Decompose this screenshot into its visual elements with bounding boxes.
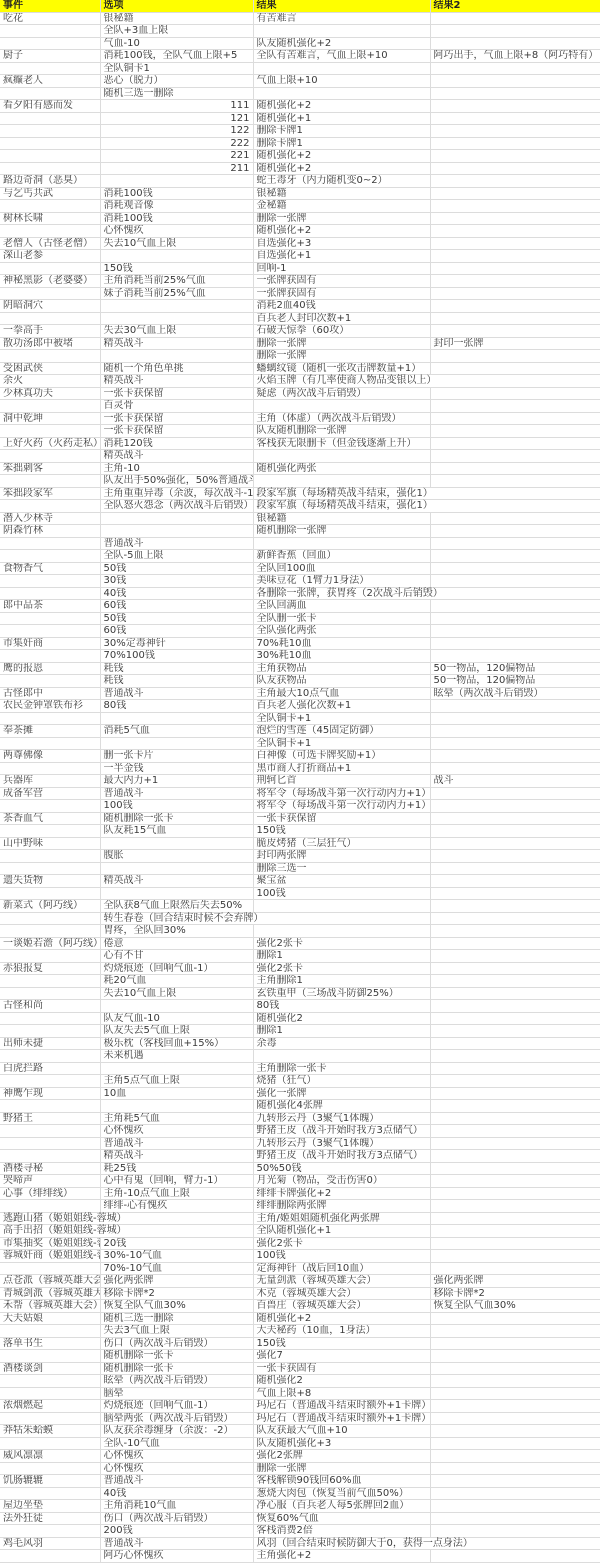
- cell-event[interactable]: [0, 737, 100, 750]
- cell-option[interactable]: 恶心（脱力）: [100, 75, 253, 88]
- cell-result2[interactable]: [430, 200, 600, 213]
- cell-event[interactable]: [0, 950, 100, 963]
- cell-event[interactable]: 鸡毛风羽: [0, 1537, 100, 1550]
- cell-event[interactable]: 酒楼寻秘: [0, 1162, 100, 1175]
- cell-event[interactable]: [0, 1100, 100, 1113]
- cell-result[interactable]: 主角/姬姐姐随机强化两张牌: [253, 1212, 430, 1225]
- cell-result[interactable]: [253, 400, 430, 413]
- cell-result[interactable]: 主角删除1: [253, 975, 430, 988]
- cell-result[interactable]: 将军令（每场战斗第一次行动内力+1）: [253, 800, 430, 813]
- cell-event[interactable]: [0, 825, 100, 838]
- cell-event[interactable]: [0, 1200, 100, 1213]
- cell-result2[interactable]: [430, 1150, 600, 1163]
- cell-result[interactable]: 银秘籍: [253, 512, 430, 525]
- cell-result[interactable]: 全队有苦难言，气血上限+10: [253, 50, 430, 63]
- cell-result[interactable]: [253, 900, 430, 913]
- cell-result2[interactable]: [430, 137, 600, 150]
- cell-event[interactable]: 落单书生: [0, 1337, 100, 1350]
- cell-result[interactable]: [253, 25, 430, 38]
- cell-result[interactable]: 删除一张牌: [253, 350, 430, 363]
- cell-option[interactable]: 脑晕两张（两次战斗后销毁）: [100, 1412, 253, 1425]
- cell-result[interactable]: 队友获物品: [253, 675, 430, 688]
- cell-result2[interactable]: [430, 487, 600, 500]
- cell-result2[interactable]: [430, 1312, 600, 1325]
- cell-event[interactable]: [0, 1325, 100, 1338]
- cell-result2[interactable]: 眩晕（两次战斗后销毁）: [430, 687, 600, 700]
- cell-result[interactable]: 全队随机强化+1: [253, 1225, 430, 1238]
- cell-event[interactable]: [0, 162, 100, 175]
- cell-result2[interactable]: [430, 837, 600, 850]
- cell-option[interactable]: 气血-10: [100, 37, 253, 50]
- cell-event[interactable]: 新菜式（阿巧线）: [0, 900, 100, 913]
- cell-result[interactable]: 队友随机删除一张牌: [253, 425, 430, 438]
- cell-event[interactable]: 上好火药（火药走私）: [0, 437, 100, 450]
- cell-result[interactable]: 有苦难言: [253, 12, 430, 25]
- cell-result[interactable]: 烧猪（狂气）: [253, 1075, 430, 1088]
- cell-result2[interactable]: [430, 587, 600, 600]
- cell-result[interactable]: 荆轲匕首: [253, 775, 430, 788]
- cell-option[interactable]: 全队怒火怨念（两次战斗后销毁）: [100, 500, 253, 513]
- cell-result[interactable]: 删除1: [253, 950, 430, 963]
- cell-option[interactable]: 胃疼，全队回30%: [100, 925, 253, 938]
- cell-option[interactable]: 200钱: [100, 1525, 253, 1538]
- cell-option[interactable]: 失去10气血上限: [100, 987, 253, 1000]
- cell-result2[interactable]: [430, 112, 600, 125]
- cell-event[interactable]: 心事（绯绯线）: [0, 1187, 100, 1200]
- cell-option[interactable]: 倦意: [100, 937, 253, 950]
- cell-result2[interactable]: [430, 762, 600, 775]
- cell-option[interactable]: [100, 525, 253, 538]
- cell-event[interactable]: [0, 225, 100, 238]
- cell-result2[interactable]: [430, 1012, 600, 1025]
- cell-option[interactable]: 全队铜卡1: [100, 62, 253, 75]
- cell-option[interactable]: 主角-10点气血上限: [100, 1187, 253, 1200]
- cell-result[interactable]: 葱烧大肉包（恢复当前气血50%）: [253, 1487, 430, 1500]
- cell-result2[interactable]: [430, 250, 600, 263]
- cell-option[interactable]: 转生春卷（回合结束时候不会弃牌）: [100, 912, 253, 925]
- cell-event[interactable]: [0, 1050, 100, 1063]
- cell-result2[interactable]: [430, 262, 600, 275]
- cell-result[interactable]: [253, 87, 430, 100]
- cell-result2[interactable]: [430, 862, 600, 875]
- cell-result2[interactable]: 强化两张牌: [430, 1275, 600, 1288]
- cell-result2[interactable]: [430, 1050, 600, 1063]
- cell-event[interactable]: [0, 587, 100, 600]
- cell-result2[interactable]: 阿巧出手，气血上限+8（阿巧特有）: [430, 50, 600, 63]
- cell-event[interactable]: [0, 1075, 100, 1088]
- cell-option[interactable]: 未来机遇: [100, 1050, 253, 1063]
- cell-event[interactable]: [0, 862, 100, 875]
- cell-result[interactable]: 消耗2血40钱: [253, 300, 430, 313]
- cell-option[interactable]: 随机三选一删除: [100, 87, 253, 100]
- cell-event[interactable]: 阴暗洞穴: [0, 300, 100, 313]
- cell-option[interactable]: 队友获余毒缠身（余波：-2）: [100, 1425, 253, 1438]
- cell-result[interactable]: 150钱: [253, 825, 430, 838]
- cell-result[interactable]: 净心服（百兵老人每5张牌回2血）: [253, 1500, 430, 1513]
- cell-result2[interactable]: [430, 300, 600, 313]
- cell-option[interactable]: 150钱: [100, 262, 253, 275]
- cell-result[interactable]: 白神像（可选卡牌奖励+1）: [253, 750, 430, 763]
- cell-result2[interactable]: [430, 1512, 600, 1525]
- cell-result2[interactable]: [430, 150, 600, 163]
- cell-event[interactable]: [0, 1387, 100, 1400]
- cell-result[interactable]: 金秘籍: [253, 200, 430, 213]
- cell-result2[interactable]: 封印一张牌: [430, 337, 600, 350]
- cell-result2[interactable]: [430, 1262, 600, 1275]
- cell-result[interactable]: 野猪王皮（战斗开始时我方3点储气）: [253, 1150, 430, 1163]
- cell-event[interactable]: 赤狼报复: [0, 962, 100, 975]
- cell-result[interactable]: 强化7: [253, 1350, 430, 1363]
- cell-event[interactable]: 神秘黑影（老婆婆）: [0, 275, 100, 288]
- cell-option[interactable]: 心怀愧疚: [100, 1125, 253, 1138]
- cell-event[interactable]: [0, 537, 100, 550]
- cell-option[interactable]: 删一张卡片: [100, 750, 253, 763]
- cell-event[interactable]: 潜入少林寺: [0, 512, 100, 525]
- cell-result[interactable]: 段家军旗（每场精英战斗结束，强化1）: [253, 500, 430, 513]
- cell-event[interactable]: [0, 550, 100, 563]
- cell-result2[interactable]: [430, 975, 600, 988]
- cell-result[interactable]: 随机强化2: [253, 1012, 430, 1025]
- cell-option[interactable]: 妹子消耗当前25%气血: [100, 287, 253, 300]
- cell-option[interactable]: 211: [100, 162, 253, 175]
- cell-event[interactable]: 笨拙刺客: [0, 462, 100, 475]
- cell-event[interactable]: [0, 137, 100, 150]
- cell-event[interactable]: [0, 1487, 100, 1500]
- cell-option[interactable]: 心有不甘: [100, 950, 253, 963]
- cell-option[interactable]: 121: [100, 112, 253, 125]
- cell-result2[interactable]: [430, 362, 600, 375]
- cell-event[interactable]: 市集奸商: [0, 637, 100, 650]
- cell-result[interactable]: 强化2张卡: [253, 962, 430, 975]
- cell-option[interactable]: 移除卡牌*2: [100, 1287, 253, 1300]
- cell-result2[interactable]: [430, 512, 600, 525]
- cell-option[interactable]: [100, 1000, 253, 1013]
- cell-event[interactable]: 山中野味: [0, 837, 100, 850]
- cell-result2[interactable]: [430, 175, 600, 188]
- cell-option[interactable]: 眩晕（两次战斗后销毁）: [100, 1375, 253, 1388]
- cell-option[interactable]: 50钱: [100, 562, 253, 575]
- cell-option[interactable]: 全队+3血上限: [100, 25, 253, 38]
- cell-option[interactable]: 全队-10气血: [100, 1437, 253, 1450]
- cell-result2[interactable]: [430, 12, 600, 25]
- cell-option[interactable]: 消耗100钱: [100, 187, 253, 200]
- cell-event[interactable]: [0, 150, 100, 163]
- cell-result2[interactable]: [430, 1250, 600, 1263]
- cell-option[interactable]: 耗25钱: [100, 1162, 253, 1175]
- cell-option[interactable]: 普通战斗: [100, 687, 253, 700]
- cell-result[interactable]: 随机强化2: [253, 1375, 430, 1388]
- cell-result2[interactable]: [430, 287, 600, 300]
- cell-option[interactable]: 精英战斗: [100, 1150, 253, 1163]
- cell-result2[interactable]: [430, 950, 600, 963]
- cell-option[interactable]: 灼烧痕迹（回响气血-1）: [100, 1400, 253, 1413]
- cell-result[interactable]: 疑虑（两次战斗后销毁）: [253, 387, 430, 400]
- cell-event[interactable]: [0, 25, 100, 38]
- cell-option[interactable]: 主角-10: [100, 462, 253, 475]
- cell-result[interactable]: 无量剑派（蓉城英雄大会）: [253, 1275, 430, 1288]
- cell-result2[interactable]: [430, 375, 600, 388]
- cell-event[interactable]: [0, 1550, 100, 1563]
- cell-result[interactable]: 段家军旗（每场精英战斗结束，强化1）: [253, 487, 430, 500]
- cell-result[interactable]: 全队回100血: [253, 562, 430, 575]
- cell-event[interactable]: 点苍派（蓉城英雄大会）: [0, 1275, 100, 1288]
- cell-result2[interactable]: [430, 450, 600, 463]
- cell-option[interactable]: 全队获8气血上限然后失去50%: [100, 900, 253, 913]
- cell-event[interactable]: 余火: [0, 375, 100, 388]
- cell-result[interactable]: 回响-1: [253, 262, 430, 275]
- cell-result[interactable]: 客栈获无限删卡（但金钱逐渐上升）: [253, 437, 430, 450]
- cell-result[interactable]: 石破天惊拳（60攻）: [253, 325, 430, 338]
- cell-event[interactable]: [0, 62, 100, 75]
- cell-result2[interactable]: [430, 1225, 600, 1238]
- cell-option[interactable]: 30%-10气血: [100, 1250, 253, 1263]
- cell-option[interactable]: 强化两张牌: [100, 1275, 253, 1288]
- cell-option[interactable]: 主角5点气血上限: [100, 1075, 253, 1088]
- cell-result2[interactable]: 移除卡牌*2: [430, 1287, 600, 1300]
- cell-option[interactable]: 消耗观音像: [100, 200, 253, 213]
- cell-result2[interactable]: [430, 1425, 600, 1438]
- cell-result[interactable]: 九转形云丹（3聚气1体魄）: [253, 1112, 430, 1125]
- cell-result[interactable]: 百兵老人强化次数+1: [253, 700, 430, 713]
- cell-event[interactable]: 洞中乾坤: [0, 412, 100, 425]
- cell-result2[interactable]: [430, 712, 600, 725]
- cell-option[interactable]: 111: [100, 100, 253, 113]
- cell-result2[interactable]: 50一物品，120偏物品: [430, 675, 600, 688]
- cell-event[interactable]: 与乞丐共武: [0, 187, 100, 200]
- cell-result[interactable]: 黑市商人打折商品+1: [253, 762, 430, 775]
- cell-event[interactable]: 厨子: [0, 50, 100, 63]
- cell-result[interactable]: 随机强化+2: [253, 100, 430, 113]
- cell-event[interactable]: [0, 87, 100, 100]
- cell-event[interactable]: 路边奇洞（恶臭）: [0, 175, 100, 188]
- cell-result[interactable]: 主角删除一张卡: [253, 1062, 430, 1075]
- cell-event[interactable]: 法外狂徒: [0, 1512, 100, 1525]
- cell-option[interactable]: 40钱: [100, 587, 253, 600]
- cell-option[interactable]: 心怀愧疚: [100, 225, 253, 238]
- cell-result[interactable]: 随机删除一张牌: [253, 525, 430, 538]
- cell-option[interactable]: 普通战斗: [100, 787, 253, 800]
- cell-option[interactable]: 80钱: [100, 700, 253, 713]
- cell-event[interactable]: [0, 1137, 100, 1150]
- cell-event[interactable]: 农民金钟罩铁布衫: [0, 700, 100, 713]
- cell-event[interactable]: 深山老参: [0, 250, 100, 263]
- cell-event[interactable]: [0, 1350, 100, 1363]
- cell-result[interactable]: 一张牌获固有: [253, 287, 430, 300]
- cell-event[interactable]: [0, 500, 100, 513]
- cell-result[interactable]: 删除一张牌: [253, 337, 430, 350]
- cell-result2[interactable]: [430, 562, 600, 575]
- cell-result[interactable]: 150钱: [253, 1337, 430, 1350]
- cell-event[interactable]: 野猪王: [0, 1112, 100, 1125]
- cell-option[interactable]: 一张卡获保留: [100, 425, 253, 438]
- cell-option[interactable]: [100, 175, 253, 188]
- cell-event[interactable]: 吃花: [0, 12, 100, 25]
- cell-result[interactable]: 30%耗10血: [253, 650, 430, 663]
- cell-event[interactable]: [0, 650, 100, 663]
- cell-option[interactable]: 心怀愧疚: [100, 1450, 253, 1463]
- cell-option[interactable]: 普通战斗: [100, 537, 253, 550]
- cell-event[interactable]: 老僧人（古怪老僧）: [0, 237, 100, 250]
- cell-result2[interactable]: [430, 1037, 600, 1050]
- cell-result[interactable]: 玄铁重甲（三场战斗防御25%）: [253, 987, 430, 1000]
- cell-option[interactable]: 耗钱: [100, 662, 253, 675]
- cell-result[interactable]: 随机强化两张: [253, 462, 430, 475]
- cell-result2[interactable]: [430, 650, 600, 663]
- cell-result[interactable]: 强化2张卡: [253, 1237, 430, 1250]
- cell-result[interactable]: 随机强化+2: [253, 225, 430, 238]
- cell-event[interactable]: 饥肠辘辘: [0, 1475, 100, 1488]
- cell-result2[interactable]: [430, 812, 600, 825]
- cell-result[interactable]: 删除卡牌1: [253, 137, 430, 150]
- cell-result2[interactable]: [430, 387, 600, 400]
- cell-result2[interactable]: [430, 212, 600, 225]
- cell-event[interactable]: 哭啼声: [0, 1175, 100, 1188]
- cell-event[interactable]: [0, 200, 100, 213]
- cell-result2[interactable]: [430, 637, 600, 650]
- cell-option[interactable]: [100, 350, 253, 363]
- cell-result[interactable]: [253, 475, 430, 488]
- cell-event[interactable]: [0, 987, 100, 1000]
- cell-result2[interactable]: [430, 1525, 600, 1538]
- cell-result2[interactable]: [430, 312, 600, 325]
- cell-result2[interactable]: [430, 550, 600, 563]
- cell-result[interactable]: 随机强化+2: [253, 162, 430, 175]
- cell-result2[interactable]: [430, 700, 600, 713]
- cell-event[interactable]: 市集抽奖（姬姐姐线-蓉: [0, 1237, 100, 1250]
- cell-result2[interactable]: [430, 1362, 600, 1375]
- cell-event[interactable]: [0, 262, 100, 275]
- cell-option[interactable]: 一张卡获保留: [100, 387, 253, 400]
- cell-result[interactable]: 将军令（每场战斗第一次行动内力+1）: [253, 787, 430, 800]
- cell-event[interactable]: 郎中品茶: [0, 600, 100, 613]
- cell-result2[interactable]: [430, 62, 600, 75]
- cell-result2[interactable]: [430, 575, 600, 588]
- cell-event[interactable]: 散功汤郎中被堵: [0, 337, 100, 350]
- cell-result2[interactable]: [430, 162, 600, 175]
- cell-result2[interactable]: [430, 750, 600, 763]
- cell-event[interactable]: [0, 912, 100, 925]
- cell-result2[interactable]: [430, 1487, 600, 1500]
- cell-option[interactable]: 耗钱: [100, 675, 253, 688]
- cell-result[interactable]: 80钱: [253, 1000, 430, 1013]
- cell-result2[interactable]: [430, 25, 600, 38]
- cell-result2[interactable]: [430, 462, 600, 475]
- cell-event[interactable]: 大夫姑娘: [0, 1312, 100, 1325]
- cell-result[interactable]: 玛尼石（普通战斗结束时额外+1卡牌）: [253, 1400, 430, 1413]
- cell-event[interactable]: 神鹰乍现: [0, 1087, 100, 1100]
- cell-event[interactable]: [0, 312, 100, 325]
- cell-option[interactable]: 70%-10气血: [100, 1262, 253, 1275]
- cell-option[interactable]: 主角重重异毒（余波，每次战斗-1）: [100, 487, 253, 500]
- cell-result2[interactable]: [430, 1212, 600, 1225]
- cell-result[interactable]: 脆皮烤猪（三层狂气）: [253, 837, 430, 850]
- cell-option[interactable]: 脑晕: [100, 1387, 253, 1400]
- cell-event[interactable]: 阴森竹林: [0, 525, 100, 538]
- cell-result2[interactable]: 50一物品，120偏物品: [430, 662, 600, 675]
- cell-result[interactable]: 随机强化+2: [253, 1312, 430, 1325]
- cell-event[interactable]: 青城剑派（蓉城英雄大会: [0, 1287, 100, 1300]
- cell-result[interactable]: [253, 537, 430, 550]
- cell-result2[interactable]: 恢复全队气血30%: [430, 1300, 600, 1313]
- cell-option[interactable]: 主角消耗当前25%气血: [100, 275, 253, 288]
- cell-result[interactable]: 全队铜卡+1: [253, 712, 430, 725]
- cell-event[interactable]: 鹰的报恩: [0, 662, 100, 675]
- cell-result[interactable]: 主角最大10点气血: [253, 687, 430, 700]
- cell-event[interactable]: [0, 575, 100, 588]
- cell-result[interactable]: 删除三选一: [253, 862, 430, 875]
- cell-result[interactable]: 强化2张卡: [253, 937, 430, 950]
- cell-option[interactable]: 阿巧心怀愧疚: [100, 1550, 253, 1563]
- cell-result[interactable]: 绯绯卡牌强化+2: [253, 1187, 430, 1200]
- cell-event[interactable]: [0, 112, 100, 125]
- cell-result2[interactable]: [430, 1325, 600, 1338]
- cell-option[interactable]: 10血: [100, 1087, 253, 1100]
- cell-result[interactable]: 风羽（回合结束时候防御大于0，获得一点身法）: [253, 1537, 430, 1550]
- cell-result2[interactable]: [430, 825, 600, 838]
- cell-result2[interactable]: [430, 1137, 600, 1150]
- cell-option[interactable]: 消耗120钱: [100, 437, 253, 450]
- cell-event[interactable]: [0, 1462, 100, 1475]
- cell-event[interactable]: [0, 800, 100, 813]
- cell-event[interactable]: [0, 625, 100, 638]
- cell-event[interactable]: [0, 925, 100, 938]
- cell-result[interactable]: 强化一张牌: [253, 1087, 430, 1100]
- cell-result2[interactable]: [430, 1500, 600, 1513]
- cell-result2[interactable]: [430, 1450, 600, 1463]
- cell-result[interactable]: 全队删一张卡: [253, 612, 430, 625]
- cell-result2[interactable]: [430, 612, 600, 625]
- cell-option[interactable]: 耗20气血: [100, 975, 253, 988]
- cell-option[interactable]: 队友耗15气血: [100, 825, 253, 838]
- cell-option[interactable]: 精英战斗: [100, 450, 253, 463]
- cell-result2[interactable]: 战斗: [430, 775, 600, 788]
- cell-event[interactable]: 少林真功夫: [0, 387, 100, 400]
- cell-result[interactable]: 随机强化+1: [253, 112, 430, 125]
- cell-result[interactable]: [253, 1050, 430, 1063]
- cell-result2[interactable]: [430, 1400, 600, 1413]
- cell-event[interactable]: 莽牯朱蛤蟆: [0, 1425, 100, 1438]
- cell-option[interactable]: 失去30气血上限: [100, 325, 253, 338]
- cell-event[interactable]: [0, 400, 100, 413]
- cell-option[interactable]: 30钱: [100, 575, 253, 588]
- cell-result[interactable]: 队友获最大气血+10: [253, 1425, 430, 1438]
- cell-result[interactable]: 月光菊（物品，受击伤害0）: [253, 1175, 430, 1188]
- cell-event[interactable]: [0, 1525, 100, 1538]
- cell-event[interactable]: 威风凛凛: [0, 1450, 100, 1463]
- cell-result[interactable]: 新鲜香蕉（回血）: [253, 550, 430, 563]
- cell-option[interactable]: [100, 712, 253, 725]
- cell-option[interactable]: 极乐枕（客栈回血+15%）: [100, 1037, 253, 1050]
- cell-result[interactable]: 主角获物品: [253, 662, 430, 675]
- cell-result[interactable]: [253, 62, 430, 75]
- cell-result2[interactable]: [430, 225, 600, 238]
- cell-option[interactable]: 主角耗5气血: [100, 1112, 253, 1125]
- cell-result[interactable]: 美味豆花（1臂力1身法）: [253, 575, 430, 588]
- cell-result2[interactable]: [430, 725, 600, 738]
- cell-result[interactable]: 删除一张牌: [253, 1462, 430, 1475]
- cell-result[interactable]: 100钱: [253, 887, 430, 900]
- cell-result2[interactable]: [430, 500, 600, 513]
- cell-result2[interactable]: [430, 1200, 600, 1213]
- cell-option[interactable]: [100, 887, 253, 900]
- cell-result2[interactable]: [430, 1375, 600, 1388]
- cell-option[interactable]: 一半金钱: [100, 762, 253, 775]
- cell-result[interactable]: 全队铜卡+1: [253, 737, 430, 750]
- cell-result2[interactable]: [430, 425, 600, 438]
- cell-result[interactable]: 主角强化+2: [253, 1550, 430, 1563]
- cell-result[interactable]: 野猪王皮（战斗开始时我方3点储气）: [253, 1125, 430, 1138]
- cell-result2[interactable]: [430, 275, 600, 288]
